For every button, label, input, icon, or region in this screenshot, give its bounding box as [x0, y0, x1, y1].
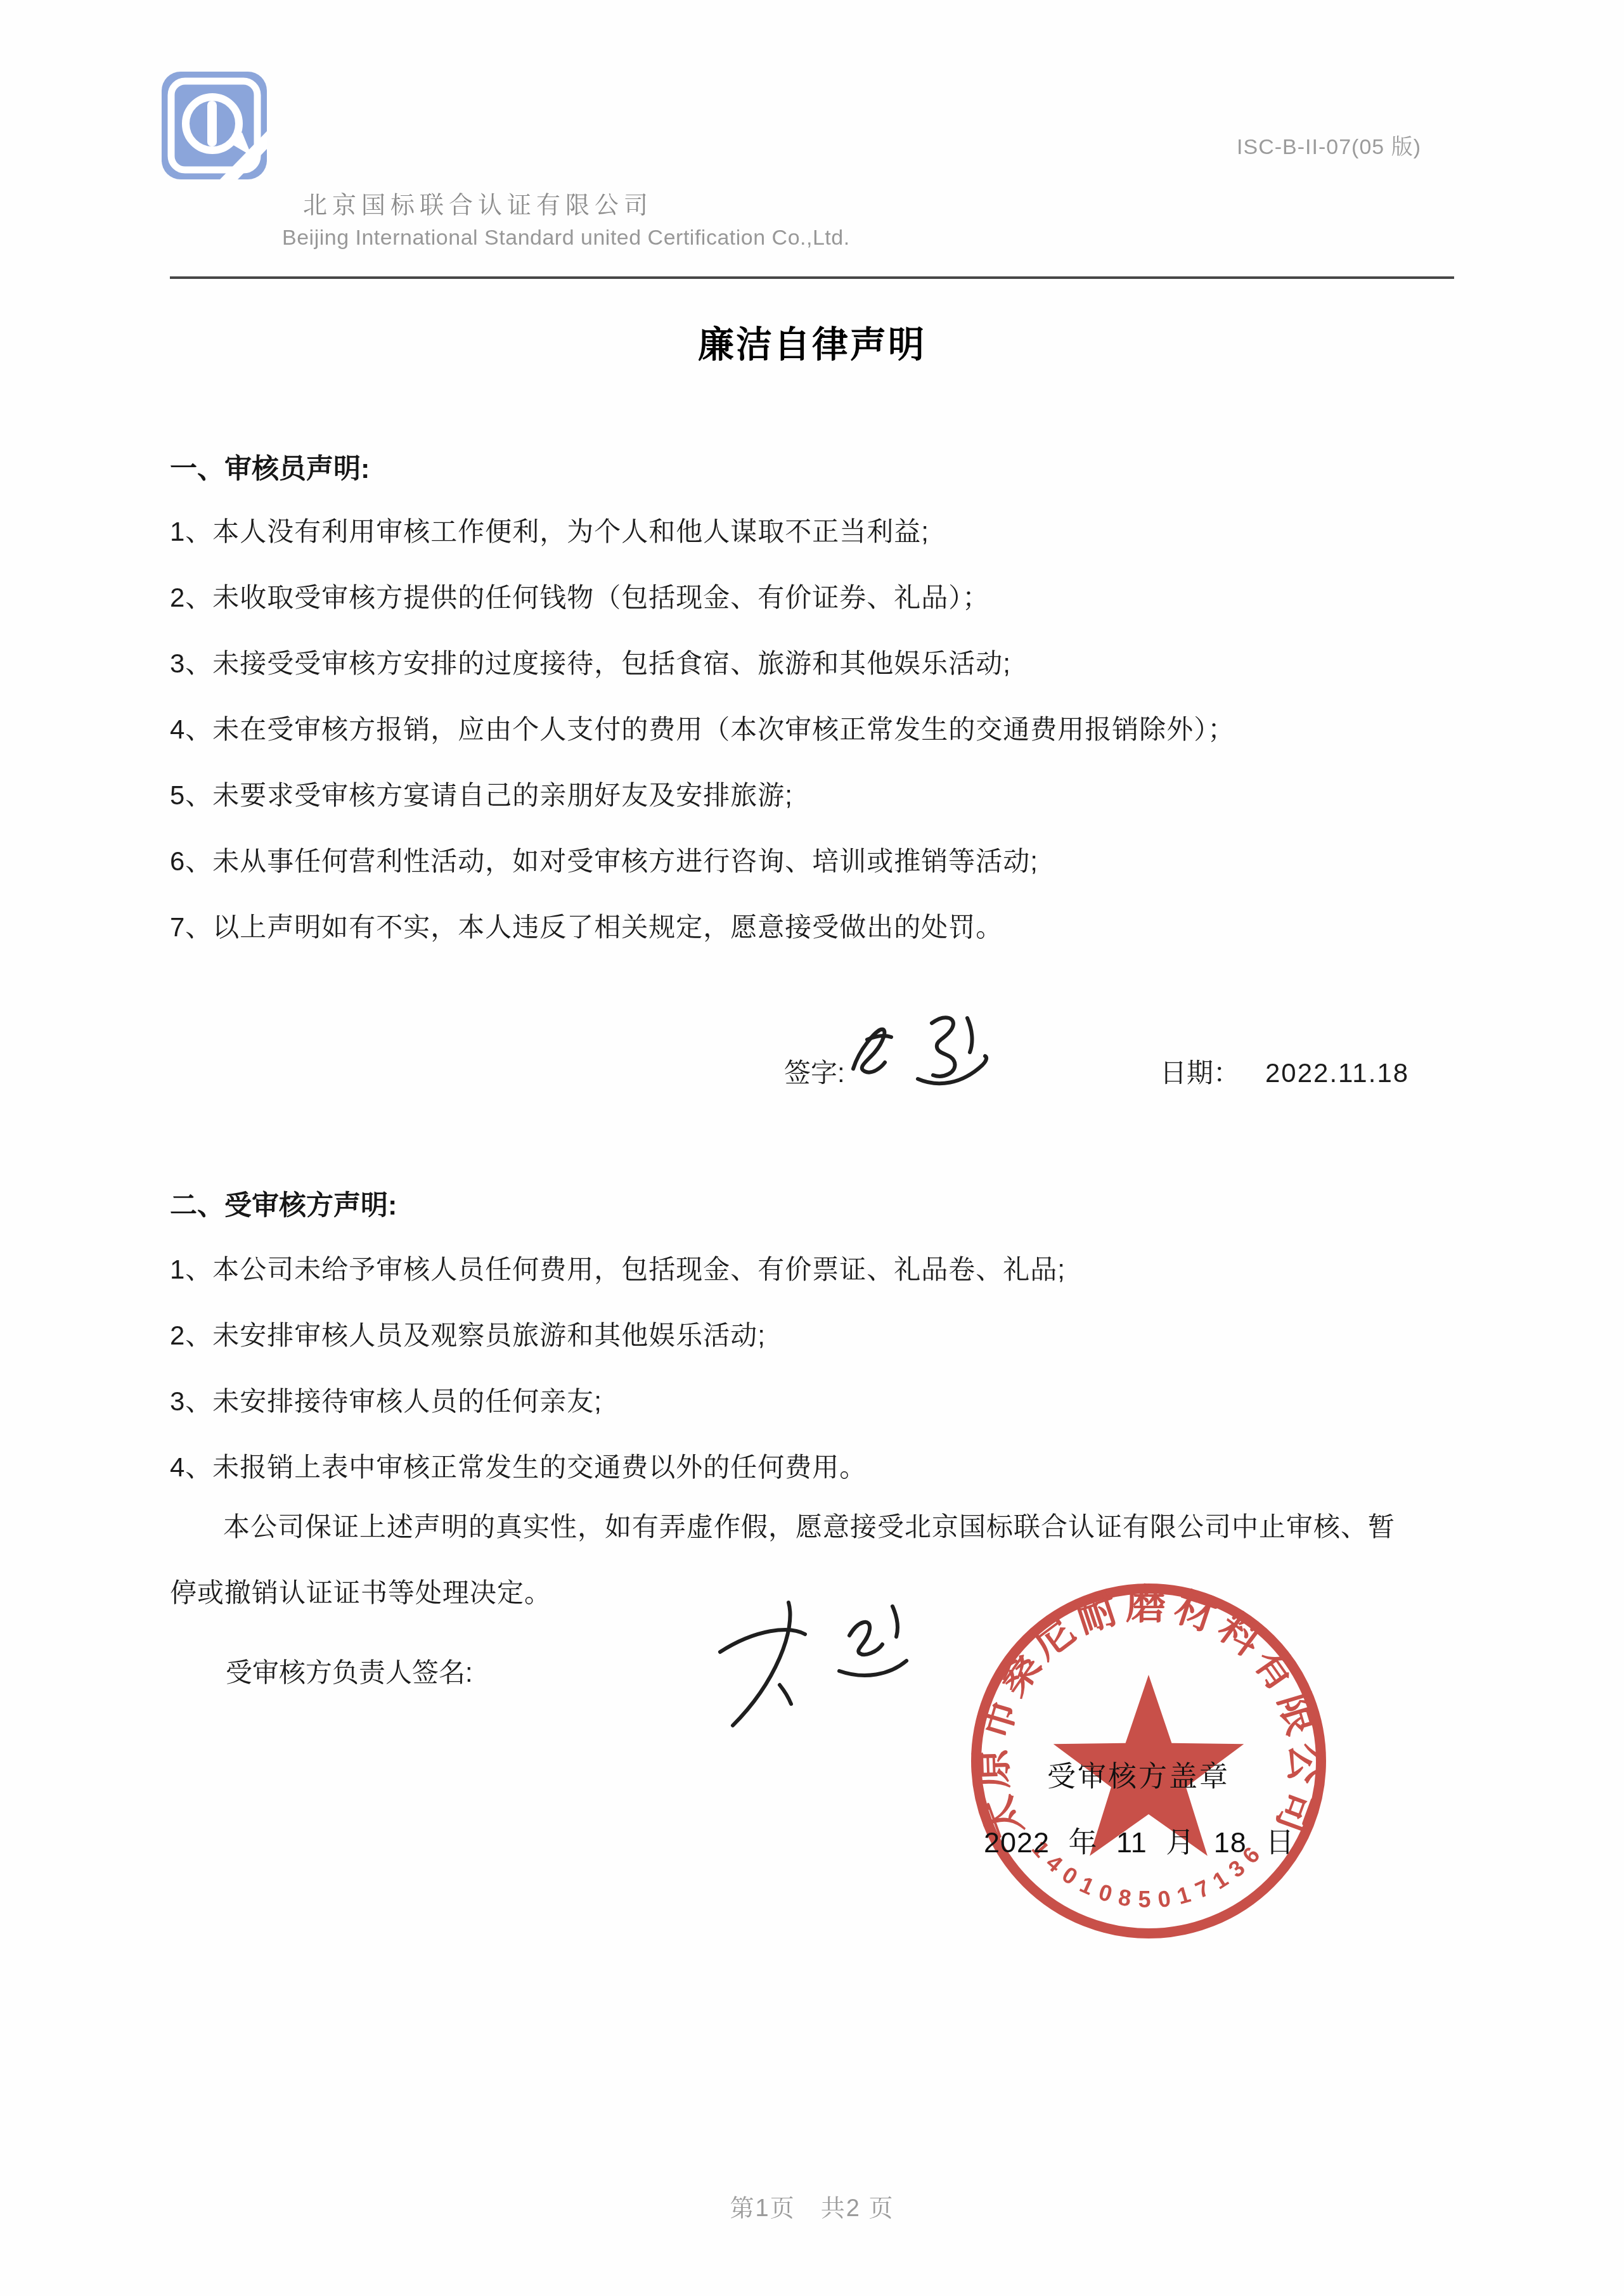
document-page: 北京国标联合认证有限公司 Beijing International Stand… [0, 0, 1624, 2296]
list-item: 4、未在受审核方报销，应由个人支付的费用（本次审核正常发生的交通费用报销除外）； [170, 715, 1472, 744]
page-title: 廉洁自律声明 [0, 316, 1624, 368]
pledge-text-line1: 本公司保证上述声明的真实性，如有弄虚作假，愿意接受北京国标联合认证有限公司中止审… [223, 1506, 1395, 1544]
section1-items: 1、本人没有利用审核工作便利，为个人和他人谋取不正当利益; 2、未收取受审核方提… [170, 517, 1472, 979]
list-item: 5、未要求受审核方宴请自己的亲朋好友及安排旅游; [170, 781, 1472, 810]
form-code: ISC-B-II-07(05 版) [1237, 129, 1421, 160]
auditor-signature [843, 1003, 1005, 1104]
company-logo-icon [162, 72, 267, 179]
list-item: 7、以上声明如有不实，本人违反了相关规定，愿意接受做出的处罚。 [170, 913, 1472, 942]
list-item: 3、未接受受审核方安排的过度接待，包括食宿、旅游和其他娱乐活动; [170, 649, 1472, 678]
company-name-en: Beijing International Standard united Ce… [282, 226, 850, 250]
page-number: 第1页 共2 页 [0, 2188, 1624, 2223]
date-value: 2022.11.18 [1265, 1058, 1409, 1088]
list-item: 4、未报销上表中审核正常发生的交通费以外的任何费用。 [170, 1453, 1472, 1482]
date-label: 日期： [1160, 1058, 1240, 1088]
section2-heading: 二、受审核方声明: [170, 1184, 397, 1223]
list-item: 1、本公司未给予审核人员任何费用，包括现金、有价票证、礼品卷、礼品; [170, 1255, 1472, 1284]
date-row: 日期：2022.11.18 [1160, 1052, 1409, 1090]
section1-heading: 一、审核员声明: [170, 448, 370, 486]
stamp-label: 受审核方盖章 [1047, 1753, 1230, 1795]
company-name-cn: 北京国标联合认证有限公司 [303, 185, 653, 220]
list-item: 3、未安排接待审核人员的任何亲友; [170, 1387, 1472, 1416]
stamp-date: 2022 年 11 月 18 日 [984, 1819, 1294, 1861]
section2-items: 1、本公司未给予审核人员任何费用，包括现金、有价票证、礼品卷、礼品; 2、未安排… [170, 1255, 1472, 1519]
list-item: 2、未收取受审核方提供的任何钱物（包括现金、有价证券、礼品）； [170, 583, 1472, 612]
list-item: 2、未安排审核人员及观察员旅游和其他娱乐活动; [170, 1321, 1472, 1350]
responsible-sign-label: 受审核方负责人签名: [226, 1652, 473, 1690]
list-item: 1、本人没有利用审核工作便利，为个人和他人谋取不正当利益; [170, 517, 1472, 546]
sign-label: 签字: [784, 1052, 845, 1090]
auditee-signature [680, 1590, 933, 1742]
pledge-text-line2: 停或撤销认证证书等处理决定。 [170, 1572, 551, 1610]
list-item: 6、未从事任何营利性活动，如对受审核方进行咨询、培训或推销等活动; [170, 847, 1472, 876]
header-divider [170, 276, 1454, 279]
